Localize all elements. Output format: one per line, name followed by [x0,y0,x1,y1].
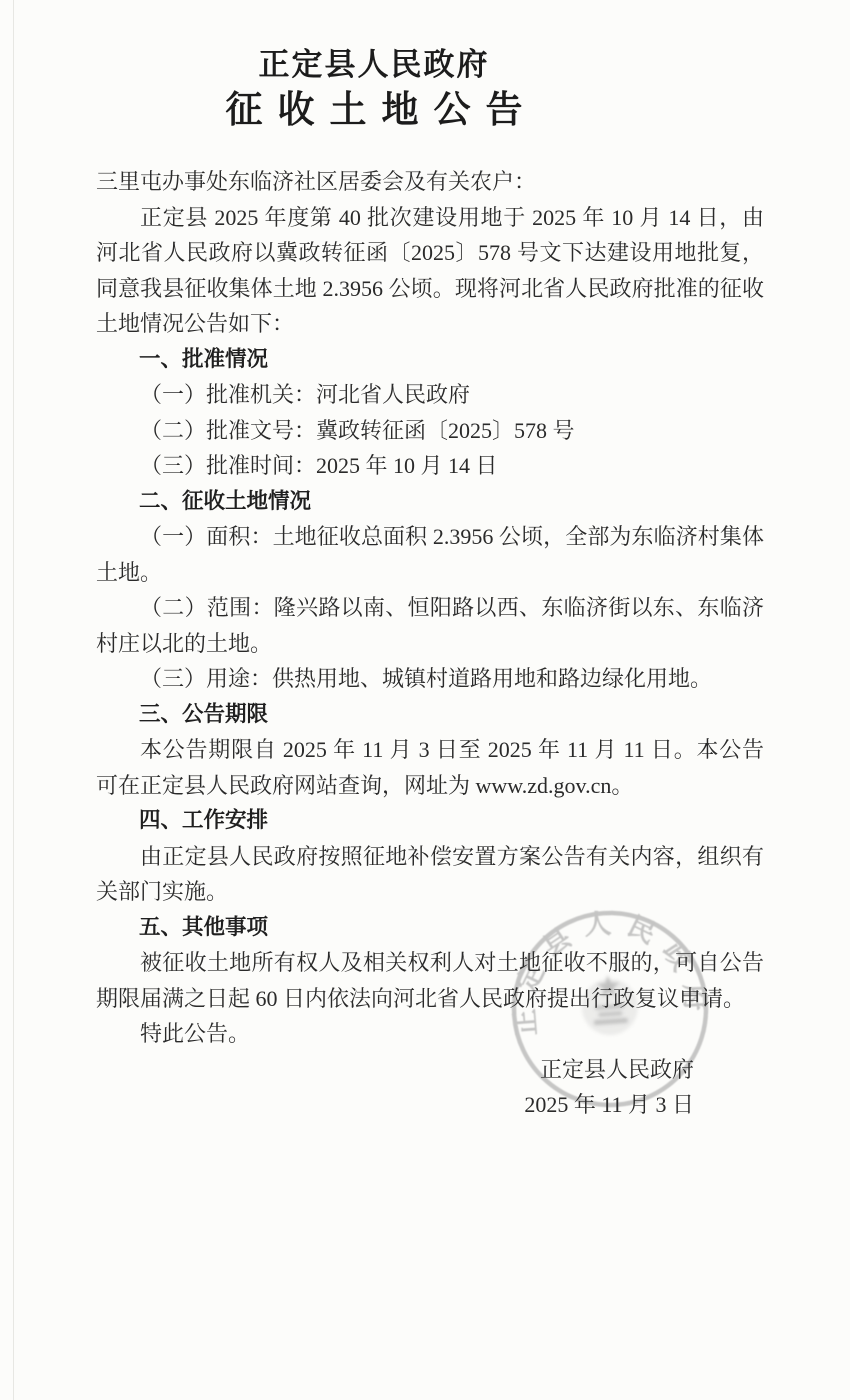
section-2-item-1: （一）面积：土地征收总面积 2.3956 公顷，全部为东临济村集体土地。 [96,519,764,590]
intro-paragraph: 正定县 2025 年度第 40 批次建设用地于 2025 年 10 月 14 日… [96,200,764,342]
document-content: 正定县人民政府 征收土地公告 三里屯办事处东临济社区居委会及有关农户： 正定县 … [96,44,764,1123]
scanned-document-page: 正定县人民政府 正定县人民政府 征收土地公告 三里屯办事处东临济社区居委会及有关… [0,0,850,1400]
scan-edge-line [13,0,14,1400]
section-2-heading: 二、征收土地情况 [96,484,764,520]
signature-date: 2025 年 11 月 3 日 [96,1087,764,1123]
section-1-item-2: （二）批准文号：冀政转征函〔2025〕578 号 [96,413,764,449]
section-5-item-1: 被征收土地所有权人及相关权利人对土地征收不服的，可自公告期限届满之日起 60 日… [96,945,764,1016]
section-2-item-3: （三）用途：供热用地、城镇村道路用地和路边绿化用地。 [96,661,764,697]
document-body: 三里屯办事处东临济社区居委会及有关农户： 正定县 2025 年度第 40 批次建… [96,164,764,1123]
section-4-item-1: 由正定县人民政府按照征地补偿安置方案公告有关内容，组织有关部门实施。 [96,839,764,910]
announcement-title: 征收土地公告 [40,88,708,134]
salutation: 三里屯办事处东临济社区居委会及有关农户： [96,164,764,200]
section-3-heading: 三、公告期限 [96,697,764,733]
signature-issuer: 正定县人民政府 [96,1052,764,1088]
section-3-item-1: 本公告期限自 2025 年 11 月 3 日至 2025 年 11 月 11 日… [96,732,764,803]
section-5-heading: 五、其他事项 [96,910,764,946]
closing-statement: 特此公告。 [96,1016,764,1052]
issuer-title: 正定县人民政府 [40,44,708,86]
section-1-item-3: （三）批准时间：2025 年 10 月 14 日 [96,448,764,484]
section-1-heading: 一、批准情况 [96,342,764,378]
document-header: 正定县人民政府 征收土地公告 [40,44,708,134]
section-4-heading: 四、工作安排 [96,803,764,839]
section-2-item-2: （二）范围：隆兴路以南、恒阳路以西、东临济街以东、东临济村庄以北的土地。 [96,590,764,661]
section-1-item-1: （一）批准机关：河北省人民政府 [96,377,764,413]
